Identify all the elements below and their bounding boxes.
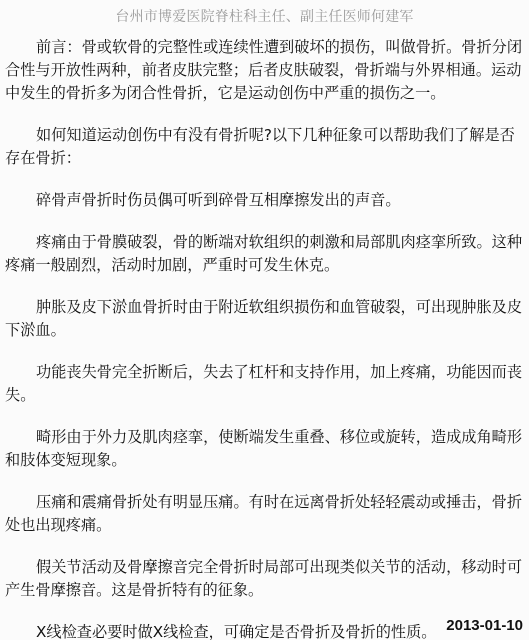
article-body: 前言：骨或软骨的完整性或连续性遭到破坏的损伤，叫做骨折。骨折分闭合性与开放性两种… [5, 36, 524, 640]
paragraph-question: 如何知道运动创伤中有没有骨折呢?以下几种征象可以帮助我们了解是否存在骨折： [5, 124, 524, 170]
paragraph-pain: 疼痛由于骨膜破裂，骨的断端对软组织的刺激和局部肌肉痉挛所致。这种疼痛一般剧烈，活… [5, 231, 524, 277]
publish-date: 2013-01-10 [446, 617, 523, 634]
paragraph-deformity: 畸形由于外力及肌肉痉挛，使断端发生重叠、移位或旋转，造成成角畸形和肢体变短现象。 [5, 426, 524, 472]
paragraph-tenderness: 压痛和震痛骨折处有明显压痛。有时在远离骨折处轻轻震动或捶击，骨折处也出现疼痛。 [5, 491, 524, 537]
author-byline: 台州市博爱医院脊柱科主任、副主任医师何建军 [0, 6, 529, 26]
paragraph-intro: 前言：骨或软骨的完整性或连续性遭到破坏的损伤，叫做骨折。骨折分闭合性与开放性两种… [5, 36, 524, 105]
paragraph-false-joint: 假关节活动及骨摩擦音完全骨折时局部可出现类似关节的活动，移动时可产生骨摩擦音。这… [5, 556, 524, 602]
paragraph-bone-crack-sound: 碎骨声骨折时伤员偶可听到碎骨互相摩擦发出的声音。 [5, 189, 524, 212]
paragraph-swelling: 肿胀及皮下淤血骨折时由于附近软组织损伤和血管破裂，可出现肿胀及皮下淤血。 [5, 296, 524, 342]
paragraph-loss-of-function: 功能丧失骨完全折断后，失去了杠杆和支持作用，加上疼痛，功能因而丧失。 [5, 361, 524, 407]
